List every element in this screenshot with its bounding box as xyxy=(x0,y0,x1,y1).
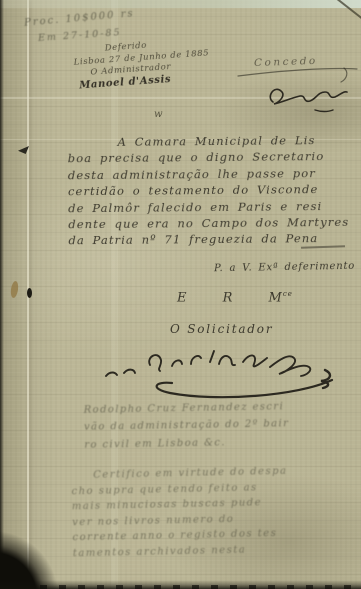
pencil-docket-line1: Proc. 10$000 rs xyxy=(24,8,135,29)
pencil-docket-line2: Em 27-10-85 xyxy=(38,27,122,44)
line-filler-dash xyxy=(301,245,345,248)
certificate-block: Certifico em virtude do despa cho supra … xyxy=(71,464,289,562)
solicitor-signature-flourish xyxy=(92,340,348,398)
clerk-note-block: Rodolpho Cruz Fernandez escri vão da adm… xyxy=(84,398,290,453)
rubric-signature-flourish xyxy=(263,80,355,114)
clerk-note-line: vão da administração do 2º bair xyxy=(84,416,290,437)
stain-fleck xyxy=(10,281,19,299)
petition-line: boa precisa que o digno Secretario xyxy=(68,148,360,167)
erm-formula: E R Mce xyxy=(177,290,293,305)
document-page: Proc. 10$000 rs Em 27-10-85 Concedo Defe… xyxy=(0,0,361,589)
petition-line: certidão o testamento do Visconde xyxy=(68,181,360,200)
erm-main: E R M xyxy=(177,290,283,305)
erm-superscript: ce xyxy=(283,290,293,298)
ink-blot xyxy=(27,288,32,298)
paper-left-edge-shadow xyxy=(0,0,4,589)
paper-bottom-edge-speckle xyxy=(40,585,361,589)
paragraph-mark: w xyxy=(154,109,163,120)
petition-paragraph: A Camara Municipal de Lis boa precisa qu… xyxy=(68,132,361,249)
clerk-note-line: ro civil em Lisboa &c. xyxy=(84,433,290,454)
solicitor-role-line: O Solicitador xyxy=(170,322,273,336)
despacho-block: Deferido Lisboa 27 de Junho de 1885 O Ad… xyxy=(73,36,212,91)
plea-line: P. a V. Exª deferimento xyxy=(214,261,355,274)
photo-background: Proc. 10$000 rs Em 27-10-85 Concedo Defe… xyxy=(0,0,361,589)
paper-top-edge xyxy=(0,0,361,8)
certificate-line: tamentos archivados nesta xyxy=(73,542,290,562)
